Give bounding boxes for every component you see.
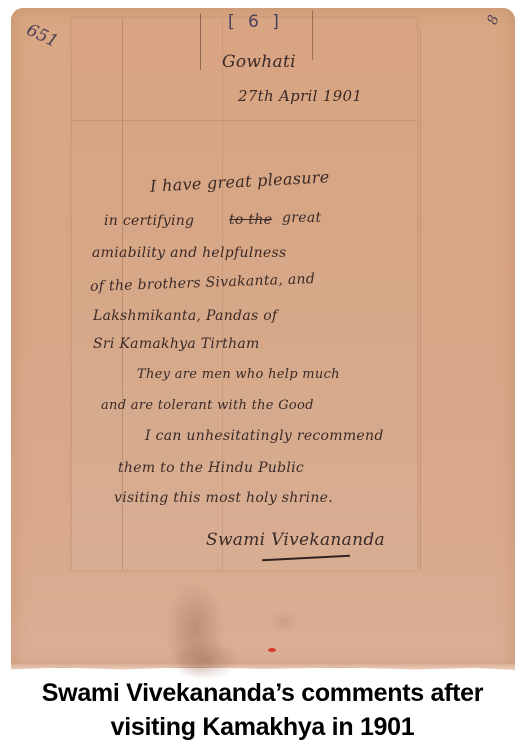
pencil-line	[200, 14, 201, 70]
image-caption: Swami Vivekananda’s comments after visit…	[0, 676, 525, 744]
torn-mount-edge	[11, 664, 515, 674]
letter-line: them to the Hindu Public	[118, 460, 304, 476]
caption-line-2: visiting Kamakhya in 1901	[0, 710, 525, 744]
letter-line: visiting this most holy shrine.	[114, 490, 333, 506]
folio-number: [ 6 ]	[228, 12, 283, 32]
letter-place: Gowhati	[222, 52, 296, 72]
caption-line-1: Swami Vivekananda’s comments after	[0, 676, 525, 710]
letter-line: They are men who help much	[137, 367, 340, 382]
letter-line: amiability and helpfulness	[92, 245, 287, 261]
water-stain	[270, 610, 298, 632]
letter-line: in certifying	[104, 213, 194, 229]
fold-line	[72, 120, 417, 121]
letter-line: great	[282, 210, 321, 226]
struck-out-word: to the	[229, 212, 272, 228]
letter-line: Sri Kamakhya Tirtham	[93, 336, 260, 352]
letter-line: Lakshmikanta, Pandas of	[93, 308, 277, 324]
pencil-line	[312, 10, 313, 60]
mount-fold-line	[420, 30, 421, 570]
red-ink-spot	[268, 648, 276, 652]
letter-line: and are tolerant with the Good	[101, 398, 314, 413]
fold-line	[222, 18, 223, 570]
letter-date: 27th April 1901	[238, 87, 362, 105]
signature: Swami Vivekananda	[206, 530, 385, 550]
letter-line: I can unhesitatingly recommend	[145, 428, 384, 444]
fold-line	[122, 18, 123, 570]
water-stain	[170, 640, 240, 680]
